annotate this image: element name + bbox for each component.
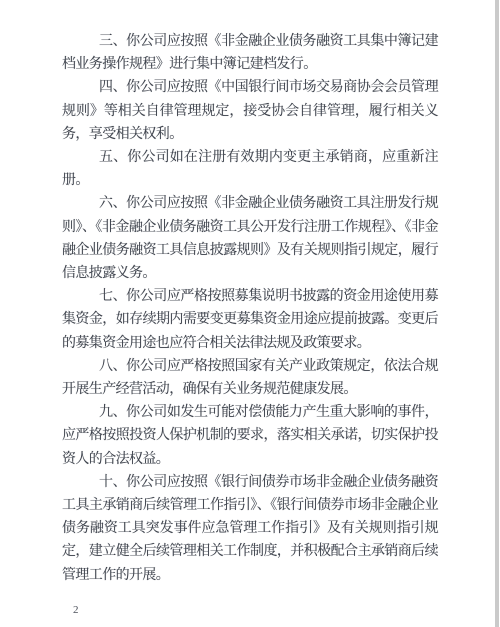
paragraph-item-9: 九、你公司如发生可能对偿债能力产生重大影响的事件，应严格按照投资人保护机制的要求… <box>62 401 438 471</box>
paragraph-item-7: 七、你公司应严格按照募集说明书披露的资金用途使用募集资金，如存续期内需要变更募集… <box>62 285 438 355</box>
paragraph-item-5: 五、你公司如在注册有效期内变更主承销商，应重新注册。 <box>62 146 438 192</box>
scanned-document-page: 三、你公司应按照《非金融企业债务融资工具集中簿记建档业务操作规程》进行集中簿记建… <box>0 0 500 627</box>
page-edge-strip <box>495 0 499 627</box>
paragraph-item-3: 三、你公司应按照《非金融企业债务融资工具集中簿记建档业务操作规程》进行集中簿记建… <box>62 30 438 76</box>
paragraph-item-10: 十、你公司应按照《银行间债券市场非金融企业债务融资工具主承销商后续管理工作指引》… <box>62 471 438 587</box>
paragraph-item-4: 四、你公司应按照《中国银行间市场交易商协会会员管理规则》等相关自律管理规定，接受… <box>62 76 438 146</box>
page-number: 2 <box>73 604 79 616</box>
paragraph-item-6: 六、你公司应按照《非金融企业债务融资工具注册发行规则》、《非金融企业债务融资工具… <box>62 192 438 285</box>
document-body: 三、你公司应按照《非金融企业债务融资工具集中簿记建档业务操作规程》进行集中簿记建… <box>62 30 438 587</box>
paragraph-item-8: 八、你公司应严格按照国家有关产业政策规定，依法合规开展生产经营活动，确保有关业务… <box>62 355 438 401</box>
